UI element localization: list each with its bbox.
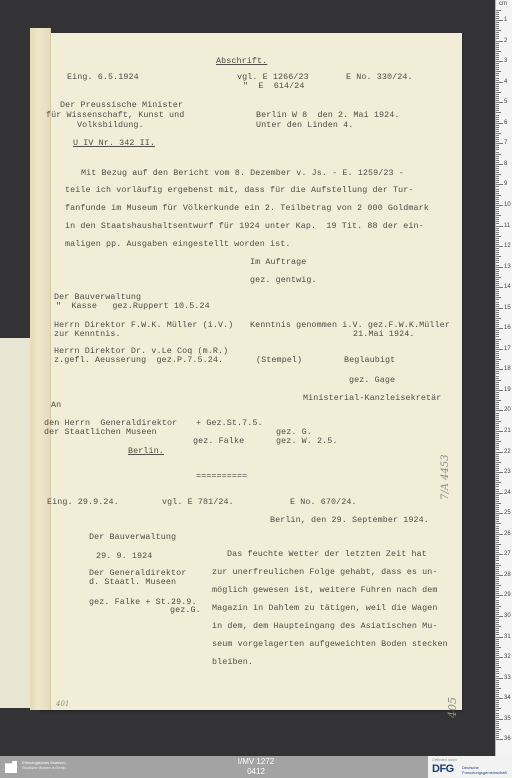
ruler-tick: [496, 129, 499, 130]
ruler-label: 18: [504, 366, 511, 372]
ruler-tick: [496, 312, 499, 313]
ruler-tick: [496, 410, 503, 411]
letter2-sender-date: 29. 9. 1924: [96, 551, 152, 561]
ruler-tick: [496, 102, 503, 103]
ruler-tick: [496, 59, 499, 60]
ruler-tick: [496, 133, 501, 134]
ruler-tick: [496, 55, 499, 56]
ruler-tick: [496, 404, 499, 405]
ruler-label: 16: [504, 325, 511, 331]
recipient-label: An: [51, 400, 61, 410]
ruler-label: 24: [504, 490, 511, 496]
vgl-reference-1b: " E 614/24: [243, 81, 305, 91]
ruler-tick: [496, 669, 499, 670]
ruler-tick: [496, 706, 499, 707]
ruler-tick: [496, 164, 503, 165]
ruler-tick: [496, 554, 503, 555]
ruler-label: 25: [504, 510, 511, 516]
ruler-tick: [496, 667, 501, 668]
ruler-tick: [496, 112, 501, 113]
ruler-tick: [496, 289, 499, 290]
ruler-tick: [496, 36, 499, 37]
ruler-tick: [496, 306, 499, 307]
body-line: teile ich vorläufig ergebenst mit, dass …: [65, 185, 414, 195]
ruler-tick: [496, 579, 499, 580]
ruler-tick: [496, 47, 499, 48]
ruler-tick: [496, 398, 499, 399]
section-separator: ==========: [196, 471, 247, 481]
ruler-tick: [496, 462, 501, 463]
ruler-tick: [496, 408, 499, 409]
ruler-tick: [496, 244, 499, 245]
ruler-tick: [496, 149, 499, 150]
ruler-label: 28: [504, 572, 511, 578]
handwritten-corner-number: 401: [56, 700, 69, 708]
ruler-tick: [496, 423, 499, 424]
body-line: seum vorgelagerten aufgeweichten Boden s…: [212, 639, 448, 649]
director-initials: gez.G.: [170, 605, 201, 615]
ruler-tick: [496, 209, 499, 210]
ruler-tick: [496, 304, 499, 305]
ruler-tick: [496, 119, 499, 120]
ruler-tick: [496, 682, 499, 683]
ruler-tick: [496, 573, 499, 574]
ruler-tick: [496, 684, 499, 685]
ruler-tick: [496, 88, 499, 89]
ruler-tick: [496, 538, 499, 539]
ruler-tick: [496, 213, 499, 214]
ruler-tick: [496, 336, 499, 337]
ruler-tick: [496, 690, 499, 691]
ruler-tick: [496, 110, 499, 111]
body-line: in dem, dem Haupteingang des Asiatischen…: [212, 621, 438, 631]
ruler-tick: [496, 168, 499, 169]
ruler-label: 34: [504, 695, 511, 701]
ruler-label: 19: [504, 387, 511, 393]
ruler-tick: [496, 322, 499, 323]
initials-falke: gez. Falke: [193, 436, 244, 446]
ruler-tick: [496, 104, 499, 105]
ruler-tick: [496, 641, 499, 642]
ruler-tick: [496, 552, 499, 553]
ruler-tick: [496, 458, 499, 459]
ruler-tick: [496, 715, 499, 716]
ruler-tick: [496, 626, 501, 627]
ruler-tick: [496, 571, 499, 572]
ruler-tick: [496, 509, 499, 510]
ruler-tick: [496, 643, 499, 644]
ruler-tick: [496, 162, 499, 163]
ruler-tick: [496, 421, 501, 422]
ruler-tick: [496, 501, 499, 502]
ruler-tick: [496, 326, 499, 327]
ruler-tick: [496, 443, 499, 444]
place-date-1: Berlin W 8 den 2. Mai 1924.: [256, 110, 400, 120]
ruler-tick: [496, 195, 501, 196]
ruler-tick: [496, 41, 503, 42]
ruler-tick: [496, 388, 499, 389]
ruler-tick: [496, 614, 499, 615]
ruler-tick: [496, 445, 499, 446]
ruler-tick: [496, 108, 499, 109]
ruler-tick: [496, 71, 501, 72]
ruler-tick: [496, 14, 499, 15]
ruler-tick: [496, 92, 501, 93]
ruler-tick: [496, 688, 501, 689]
archive-footer: Ethnologisches Museum Staatliche Museen …: [0, 756, 512, 778]
ruler-label: 15: [504, 305, 511, 311]
e-number-2: E No. 670/24.: [290, 497, 357, 507]
ruler-tick: [496, 713, 499, 714]
ruler-tick: [496, 265, 499, 266]
ruler-tick: [496, 78, 499, 79]
ruler-tick: [496, 447, 499, 448]
ruler-tick: [496, 676, 499, 677]
ruler-tick: [496, 291, 499, 292]
ruler-label: 31: [504, 634, 511, 640]
ruler-tick: [496, 236, 501, 237]
ruler-tick: [496, 394, 499, 395]
ruler-label: 13: [504, 264, 511, 270]
ruler-tick: [496, 632, 499, 633]
eingang-date-1: Eing. 6.5.1924: [67, 72, 139, 82]
ruler-tick: [496, 737, 499, 738]
ruler-tick: [496, 511, 499, 512]
ruler-tick: [496, 532, 499, 533]
ruler-tick: [496, 634, 499, 635]
ruler-tick: [496, 38, 499, 39]
body-line: Mit Bezug auf den Bericht vom 8. Dezembe…: [81, 168, 404, 178]
note-mueller-response: Kenntnis genommen i.V. gez.F.W.K.Müller: [250, 320, 450, 330]
ruler-tick: [496, 234, 499, 235]
body-line: in den Staatshaushaltsentwurf für 1924 u…: [65, 221, 424, 231]
closing-signature: gez. gentwig.: [250, 275, 317, 285]
ruler-tick: [496, 351, 499, 352]
ruler-tick: [496, 258, 499, 259]
ruler-tick: [496, 63, 499, 64]
ruler-tick: [496, 172, 499, 173]
ruler-tick: [496, 413, 499, 414]
ruler-tick: [496, 24, 499, 25]
ruler-tick: [496, 540, 499, 541]
ruler-tick: [496, 16, 499, 17]
ruler-tick: [496, 382, 499, 383]
ruler-tick: [496, 242, 499, 243]
ruler-label: 20: [504, 407, 511, 413]
ruler-tick: [496, 452, 503, 453]
ruler-tick: [496, 628, 499, 629]
dfg-logo-icon: DFG: [432, 763, 454, 775]
ruler-tick: [496, 415, 499, 416]
ruler-tick: [496, 560, 499, 561]
ruler-tick: [496, 604, 499, 605]
measurement-ruler: cm 1234567891011121314151617181920212223…: [495, 0, 512, 756]
sender-line-1: Der Preussische Minister: [60, 100, 183, 110]
ruler-tick: [496, 384, 499, 385]
ruler-tick: [496, 546, 499, 547]
ruler-tick: [496, 637, 503, 638]
ruler-tick: [496, 332, 499, 333]
ruler-tick: [496, 347, 499, 348]
ruler-tick: [496, 203, 499, 204]
ruler-label: 2: [504, 38, 507, 44]
initials-w: gez. W. 2.5.: [276, 436, 338, 446]
ruler-label: 17: [504, 346, 511, 352]
ruler-tick: [496, 174, 501, 175]
ruler-tick: [496, 484, 499, 485]
ruler-tick: [496, 117, 499, 118]
ruler-tick: [496, 154, 501, 155]
page-edge: [44, 33, 47, 710]
ruler-tick: [496, 400, 501, 401]
ruler-tick: [496, 219, 499, 220]
ruler-tick: [496, 429, 499, 430]
ruler-tick: [496, 519, 499, 520]
ruler-tick: [496, 616, 503, 617]
ruler-tick: [496, 558, 499, 559]
ruler-tick: [496, 98, 499, 99]
ruler-tick: [496, 655, 499, 656]
ruler-tick: [496, 402, 499, 403]
ruler-tick: [496, 694, 499, 695]
ruler-tick: [496, 147, 499, 148]
ruler-tick: [496, 80, 499, 81]
ruler-label: 14: [504, 284, 511, 290]
ruler-tick: [496, 197, 499, 198]
ruler-tick: [496, 277, 501, 278]
ruler-tick: [496, 608, 499, 609]
ruler-tick: [496, 686, 499, 687]
ruler-tick: [496, 328, 503, 329]
ruler-tick: [496, 696, 499, 697]
stamp-mark: (Stempel): [256, 355, 302, 365]
ruler-tick: [496, 665, 499, 666]
ruler-label: 7: [504, 140, 507, 146]
ruler-tick: [496, 160, 499, 161]
ruler-tick: [496, 228, 499, 229]
ruler-tick: [496, 246, 503, 247]
ruler-label: 3: [504, 58, 507, 64]
ruler-tick: [496, 624, 499, 625]
ruler-tick: [496, 73, 499, 74]
ruler-tick: [496, 466, 499, 467]
ruler-tick: [496, 100, 499, 101]
ruler-tick: [496, 256, 501, 257]
ruler-tick: [496, 215, 501, 216]
ruler-tick: [496, 378, 499, 379]
ruler-tick: [496, 499, 499, 500]
sender-address: Unter den Linden 4.: [256, 120, 353, 130]
ruler-tick: [496, 57, 499, 58]
ruler-tick: [496, 293, 499, 294]
ruler-tick: [496, 733, 499, 734]
ruler-tick: [496, 482, 501, 483]
ruler-tick: [496, 544, 501, 545]
ruler-tick: [496, 371, 499, 372]
ruler-tick: [496, 406, 499, 407]
ruler-tick: [496, 260, 499, 261]
ruler-tick: [496, 673, 499, 674]
ruler-tick: [496, 495, 499, 496]
ruler-tick: [496, 69, 499, 70]
ruler-tick: [496, 470, 499, 471]
ruler-tick: [496, 698, 503, 699]
ruler-tick: [496, 449, 499, 450]
ruler-tick: [496, 12, 499, 13]
ruler-tick: [496, 739, 503, 740]
ruler-label: 32: [504, 654, 511, 660]
ruler-tick: [496, 357, 499, 358]
ruler-tick: [496, 365, 499, 366]
ruler-tick: [496, 283, 499, 284]
ruler-tick: [496, 647, 501, 648]
ruler-tick: [496, 184, 503, 185]
ruler-tick: [496, 431, 503, 432]
ruler-tick: [496, 735, 499, 736]
ruler-tick: [496, 593, 499, 594]
ruler-tick: [496, 386, 499, 387]
ruler-tick: [496, 252, 499, 253]
ruler-label: 29: [504, 592, 511, 598]
ruler-tick: [496, 523, 501, 524]
ruler-tick: [496, 419, 499, 420]
ruler-tick: [496, 563, 499, 564]
ruler-unit: cm: [499, 1, 507, 7]
ruler-tick: [496, 275, 499, 276]
ruler-tick: [496, 22, 499, 23]
ruler-tick: [496, 663, 499, 664]
ruler-label: 9: [504, 181, 507, 187]
ruler-tick: [496, 581, 499, 582]
ruler-tick: [496, 565, 501, 566]
ruler-tick: [496, 139, 499, 140]
ruler-tick: [496, 700, 499, 701]
ruler-tick: [496, 390, 503, 391]
ruler-tick: [496, 269, 499, 270]
ruler-tick: [496, 671, 499, 672]
ruler-tick: [496, 717, 499, 718]
binding-strip: [30, 28, 50, 710]
ruler-tick: [496, 201, 499, 202]
ruler-label: 23: [504, 469, 511, 475]
ruler-tick: [496, 170, 499, 171]
eingang-date-2: Eing. 29.9.24.: [47, 497, 119, 507]
ruler-tick: [496, 182, 499, 183]
ruler-tick: [496, 373, 499, 374]
ruler-tick: [496, 45, 499, 46]
ruler-tick: [496, 211, 499, 212]
ruler-tick: [496, 480, 499, 481]
ruler-tick: [496, 723, 499, 724]
ruler-tick: [496, 505, 499, 506]
ruler-tick: [496, 396, 499, 397]
e-number-1: E No. 330/24.: [346, 72, 413, 82]
ruler-tick: [496, 230, 499, 231]
ruler-tick: [496, 143, 503, 144]
body-line: zur unerfreulichen Folge gehabt, dass es…: [212, 567, 438, 577]
ruler-tick: [496, 308, 503, 309]
dfg-name-line-2: Forschungsgemeinschaft: [462, 770, 507, 775]
ruler-tick: [496, 318, 501, 319]
ruler-tick: [496, 250, 499, 251]
ruler-tick: [496, 115, 499, 116]
ruler-label: 30: [504, 613, 511, 619]
ruler-tick: [496, 191, 499, 192]
ruler-tick: [496, 123, 503, 124]
ruler-tick: [496, 349, 503, 350]
ruler-tick: [496, 441, 501, 442]
ruler-tick: [496, 238, 499, 239]
ruler-tick: [496, 287, 503, 288]
ruler-tick: [496, 176, 499, 177]
ruler-tick: [496, 727, 499, 728]
ruler-tick: [496, 205, 503, 206]
ruler-tick: [496, 417, 499, 418]
ruler-tick: [496, 692, 499, 693]
ruler-label: 22: [504, 449, 511, 455]
ruler-tick: [496, 314, 499, 315]
certified-title: Ministerial-Kanzleisekretär: [303, 393, 441, 403]
ruler-tick: [496, 719, 503, 720]
ruler-tick: [496, 248, 499, 249]
ruler-tick: [496, 121, 499, 122]
document-title: Abschrift.: [216, 56, 267, 66]
ruler-tick: [496, 199, 499, 200]
ruler-label: 1: [504, 17, 507, 23]
ruler-tick: [496, 515, 499, 516]
ruler-tick: [496, 20, 503, 21]
ruler-tick: [496, 240, 499, 241]
ruler-tick: [496, 141, 499, 142]
ruler-tick: [496, 476, 499, 477]
ruler-tick: [496, 84, 499, 85]
ruler-tick: [496, 34, 499, 35]
ruler-tick: [496, 369, 503, 370]
ruler-tick: [496, 517, 499, 518]
ruler-tick: [496, 279, 499, 280]
body-line: maligen pp. Ausgaben eingestellt worden …: [65, 239, 291, 249]
ruler-tick: [496, 433, 499, 434]
ruler-tick: [496, 589, 499, 590]
ruler-tick: [496, 591, 499, 592]
ruler-tick: [496, 597, 499, 598]
ruler-tick: [496, 135, 499, 136]
note-lecoq-purpose: z.gefl. Aeusserung gez.P.7.5.24.: [54, 355, 223, 365]
ruler-label: 26: [504, 531, 511, 537]
certified-signature: gez. Gage: [349, 375, 395, 385]
note-kasse: " Kasse gez.Ruppert 10.5.24: [56, 301, 210, 311]
ruler-tick: [496, 223, 499, 224]
ruler-tick: [496, 53, 499, 54]
ruler-tick: [496, 61, 503, 62]
ruler-tick: [496, 359, 501, 360]
body-line: Das feuchte Wetter der letzten Zeit hat: [227, 549, 427, 559]
ruler-tick: [496, 612, 499, 613]
ruler-tick: [496, 659, 499, 660]
ruler-tick: [496, 341, 499, 342]
letter2-sender: Der Bauverwaltung: [89, 532, 176, 542]
ruler-tick: [496, 489, 499, 490]
ruler-tick: [496, 281, 499, 282]
ruler-tick: [496, 587, 499, 588]
recipient-city: Berlin.: [128, 446, 164, 456]
ruler-label: 4: [504, 79, 507, 85]
ruler-tick: [496, 486, 499, 487]
ruler-tick: [496, 606, 501, 607]
ruler-tick: [496, 460, 499, 461]
handwritten-margin-note: 7/A 4453: [440, 454, 451, 500]
ruler-tick: [496, 729, 501, 730]
